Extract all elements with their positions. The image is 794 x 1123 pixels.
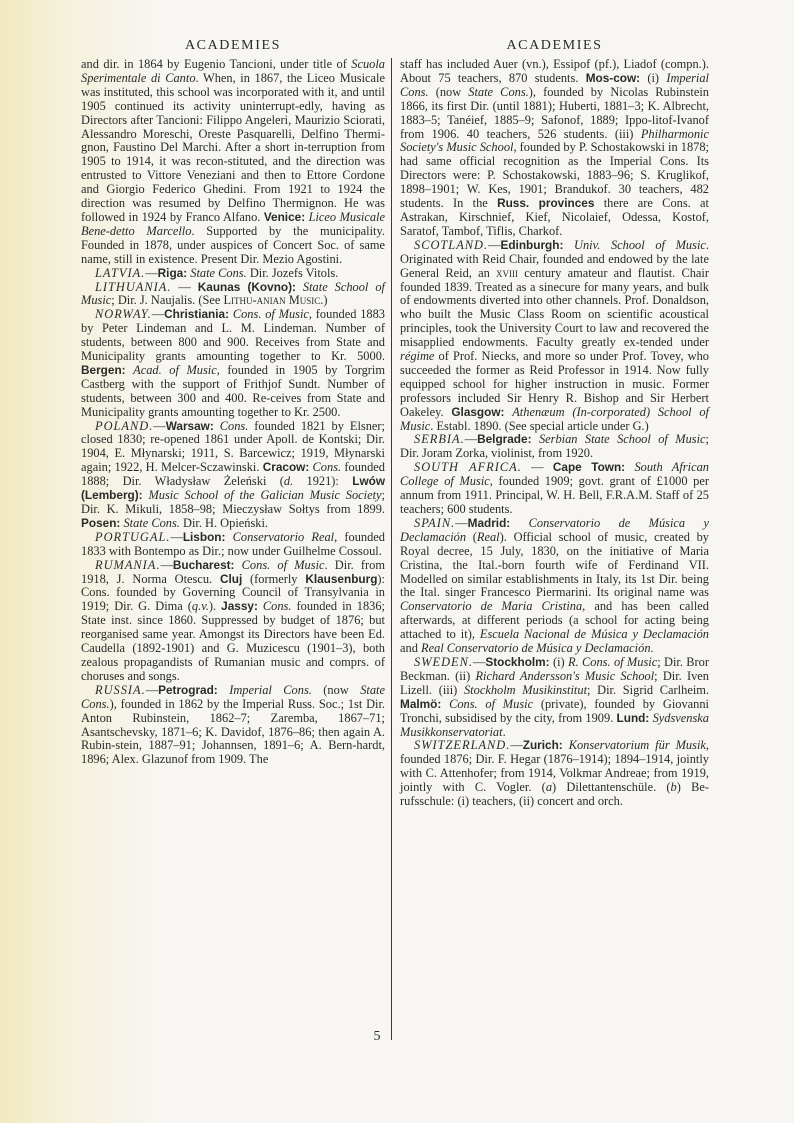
- running-head-right: ACADEMIES: [400, 38, 709, 54]
- continued-paragraph: staff has included Auer (vn.), Essipof (…: [400, 58, 709, 239]
- country-entry: SPAIN.—Madrid: Conservatorio de Música y…: [400, 517, 709, 656]
- right-column: ACADEMIES staff has included Auer (vn.),…: [400, 38, 709, 809]
- country-entry: SERBIA.—Belgrade: Serbian State School o…: [400, 433, 709, 461]
- country-entry: LATVIA.—Riga: State Cons. Dir. Jozefs Vi…: [81, 267, 385, 281]
- country-entry: SCOTLAND.—Edinburgh: Univ. School of Mus…: [400, 239, 709, 434]
- running-head-left: ACADEMIES: [81, 38, 385, 54]
- right-column-body: staff has included Auer (vn.), Essipof (…: [400, 58, 709, 809]
- country-entry: SWEDEN.—Stockholm: (i) R. Cons. of Music…: [400, 656, 709, 739]
- country-entry: RUSSIA.—Petrograd: Imperial Cons. (now S…: [81, 684, 385, 767]
- country-entry: SOUTH AFRICA. — Cape Town: South African…: [400, 461, 709, 517]
- page-number: 5: [370, 1029, 384, 1045]
- country-entry: LITHUANIA. — Kaunas (Kovno): State Schoo…: [81, 281, 385, 309]
- continued-paragraph: and dir. in 1864 by Eugenio Tancioni, un…: [81, 58, 385, 267]
- country-entry: POLAND.—Warsaw: Cons. founded 1821 by El…: [81, 420, 385, 531]
- country-entry: SWITZERLAND.—Zurich: Konservatorium für …: [400, 739, 709, 809]
- country-entry: PORTUGAL.—Lisbon: Conservatorio Real, fo…: [81, 531, 385, 559]
- left-column-body: and dir. in 1864 by Eugenio Tancioni, un…: [81, 58, 385, 767]
- column-divider: [391, 58, 392, 1040]
- country-entry: RUMANIA.—Bucharest: Cons. of Music. Dir.…: [81, 559, 385, 684]
- left-column: ACADEMIES and dir. in 1864 by Eugenio Ta…: [81, 38, 385, 767]
- country-entry: NORWAY.—Christiania: Cons. of Music, fou…: [81, 308, 385, 419]
